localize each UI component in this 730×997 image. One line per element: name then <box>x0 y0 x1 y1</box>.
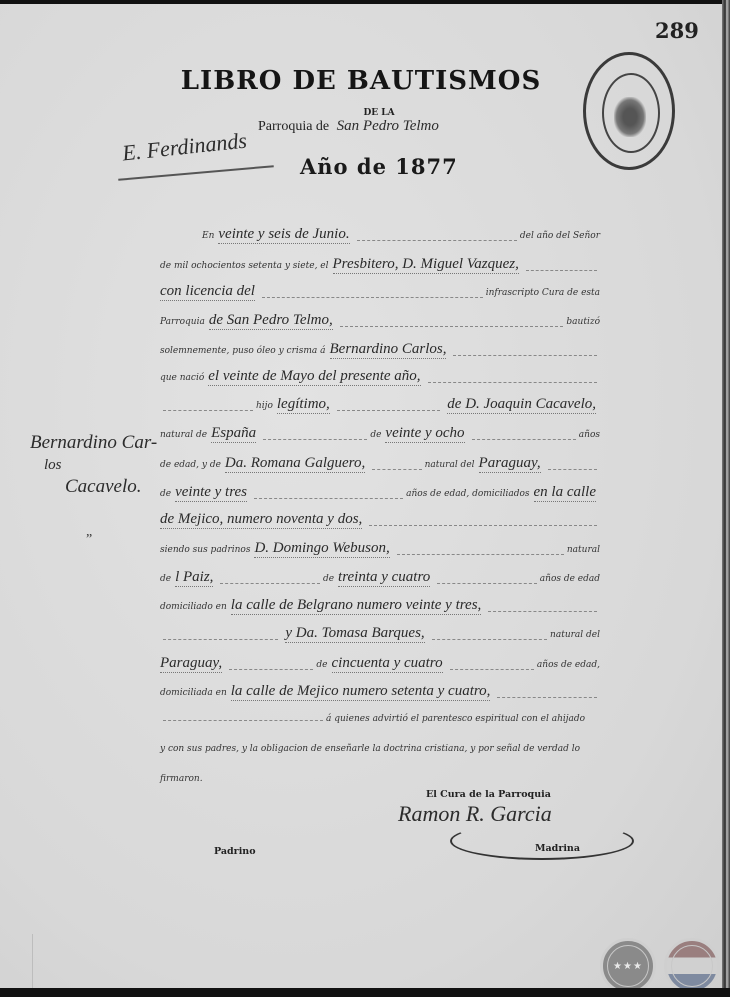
entry-line: de Mejico, numero noventa y dos, <box>160 511 600 529</box>
archive-seal-icon: ★★★ <box>600 938 656 994</box>
year-heading: Año de 1877 <box>300 154 458 179</box>
signature-flourish <box>450 822 634 860</box>
entry-line: solemnemente, puso óleo y crisma á Berna… <box>160 341 600 359</box>
margin-annotation: E. Ferdinands <box>121 128 248 167</box>
entry-line: domiciliada en la calle de Mejico numero… <box>160 683 600 701</box>
entry-line: Paraguay, de cincuenta y cuatro años de … <box>160 655 600 673</box>
book-subtitle: DE LA <box>0 108 730 118</box>
fold-line <box>32 934 33 994</box>
entry-line: En veinte y seis de Junio. del año del S… <box>160 226 600 244</box>
parish-label: Parroquia de <box>258 119 329 134</box>
entry-line: hijo legítimo, de D. Joaquin Cacavelo, <box>160 396 600 414</box>
annotation-underline <box>118 165 274 181</box>
book-spine-edge <box>722 0 730 997</box>
entry-line: de veinte y tres años de edad, domicilia… <box>160 484 600 502</box>
godfather-label: Padrino <box>214 846 256 857</box>
flag-seal-icon <box>664 938 720 994</box>
entry-line: de edad, y de Da. Romana Galguero, natur… <box>160 455 600 473</box>
margin-baptized-name: Bernardino Car- los Cacavelo. <box>30 432 180 498</box>
entry-line: de l Paiz, de treinta y cuatro años de e… <box>160 569 600 587</box>
entry-line: Parroquia de San Pedro Telmo, bautizó <box>160 312 600 330</box>
godmother-label: Madrina <box>535 843 580 854</box>
entry-line: y Da. Tomasa Barques, natural del <box>160 625 600 643</box>
entry-line: siendo sus padrinos D. Domingo Webuson, … <box>160 540 600 558</box>
priest-label: El Cura de la Parroquia <box>426 789 551 800</box>
entry-line: domiciliado en la calle de Belgrano nume… <box>160 597 600 615</box>
parish-line: Parroquia de San Pedro Telmo <box>258 118 439 135</box>
margin-name-line1: Bernardino Car- <box>30 432 157 453</box>
entry-line: á quienes advirtió el parentesco espirit… <box>160 714 600 724</box>
ditto-mark: ” <box>86 532 92 548</box>
entry-line: y con sus padres, y la obligacion de ens… <box>160 744 600 754</box>
entry-line: con licencia del infrascripto Cura de es… <box>160 283 600 301</box>
entry-line: firmaron. <box>160 774 600 784</box>
scan-bottom-edge <box>0 988 730 997</box>
entry-line: de mil ochocientos setenta y siete, el P… <box>160 256 600 274</box>
document-page: 289 MUNICIPALIDAD DE LA CIUDAD DE BUENOS… <box>0 4 722 991</box>
book-title: LIBRO DE BAUTISMOS <box>0 66 722 96</box>
parish-name: San Pedro Telmo <box>337 118 439 134</box>
page-number: 289 <box>655 18 699 43</box>
entry-line: que nació el veinte de Mayo del presente… <box>160 368 600 386</box>
entry-line: natural de España de veinte y ocho años <box>160 425 600 443</box>
